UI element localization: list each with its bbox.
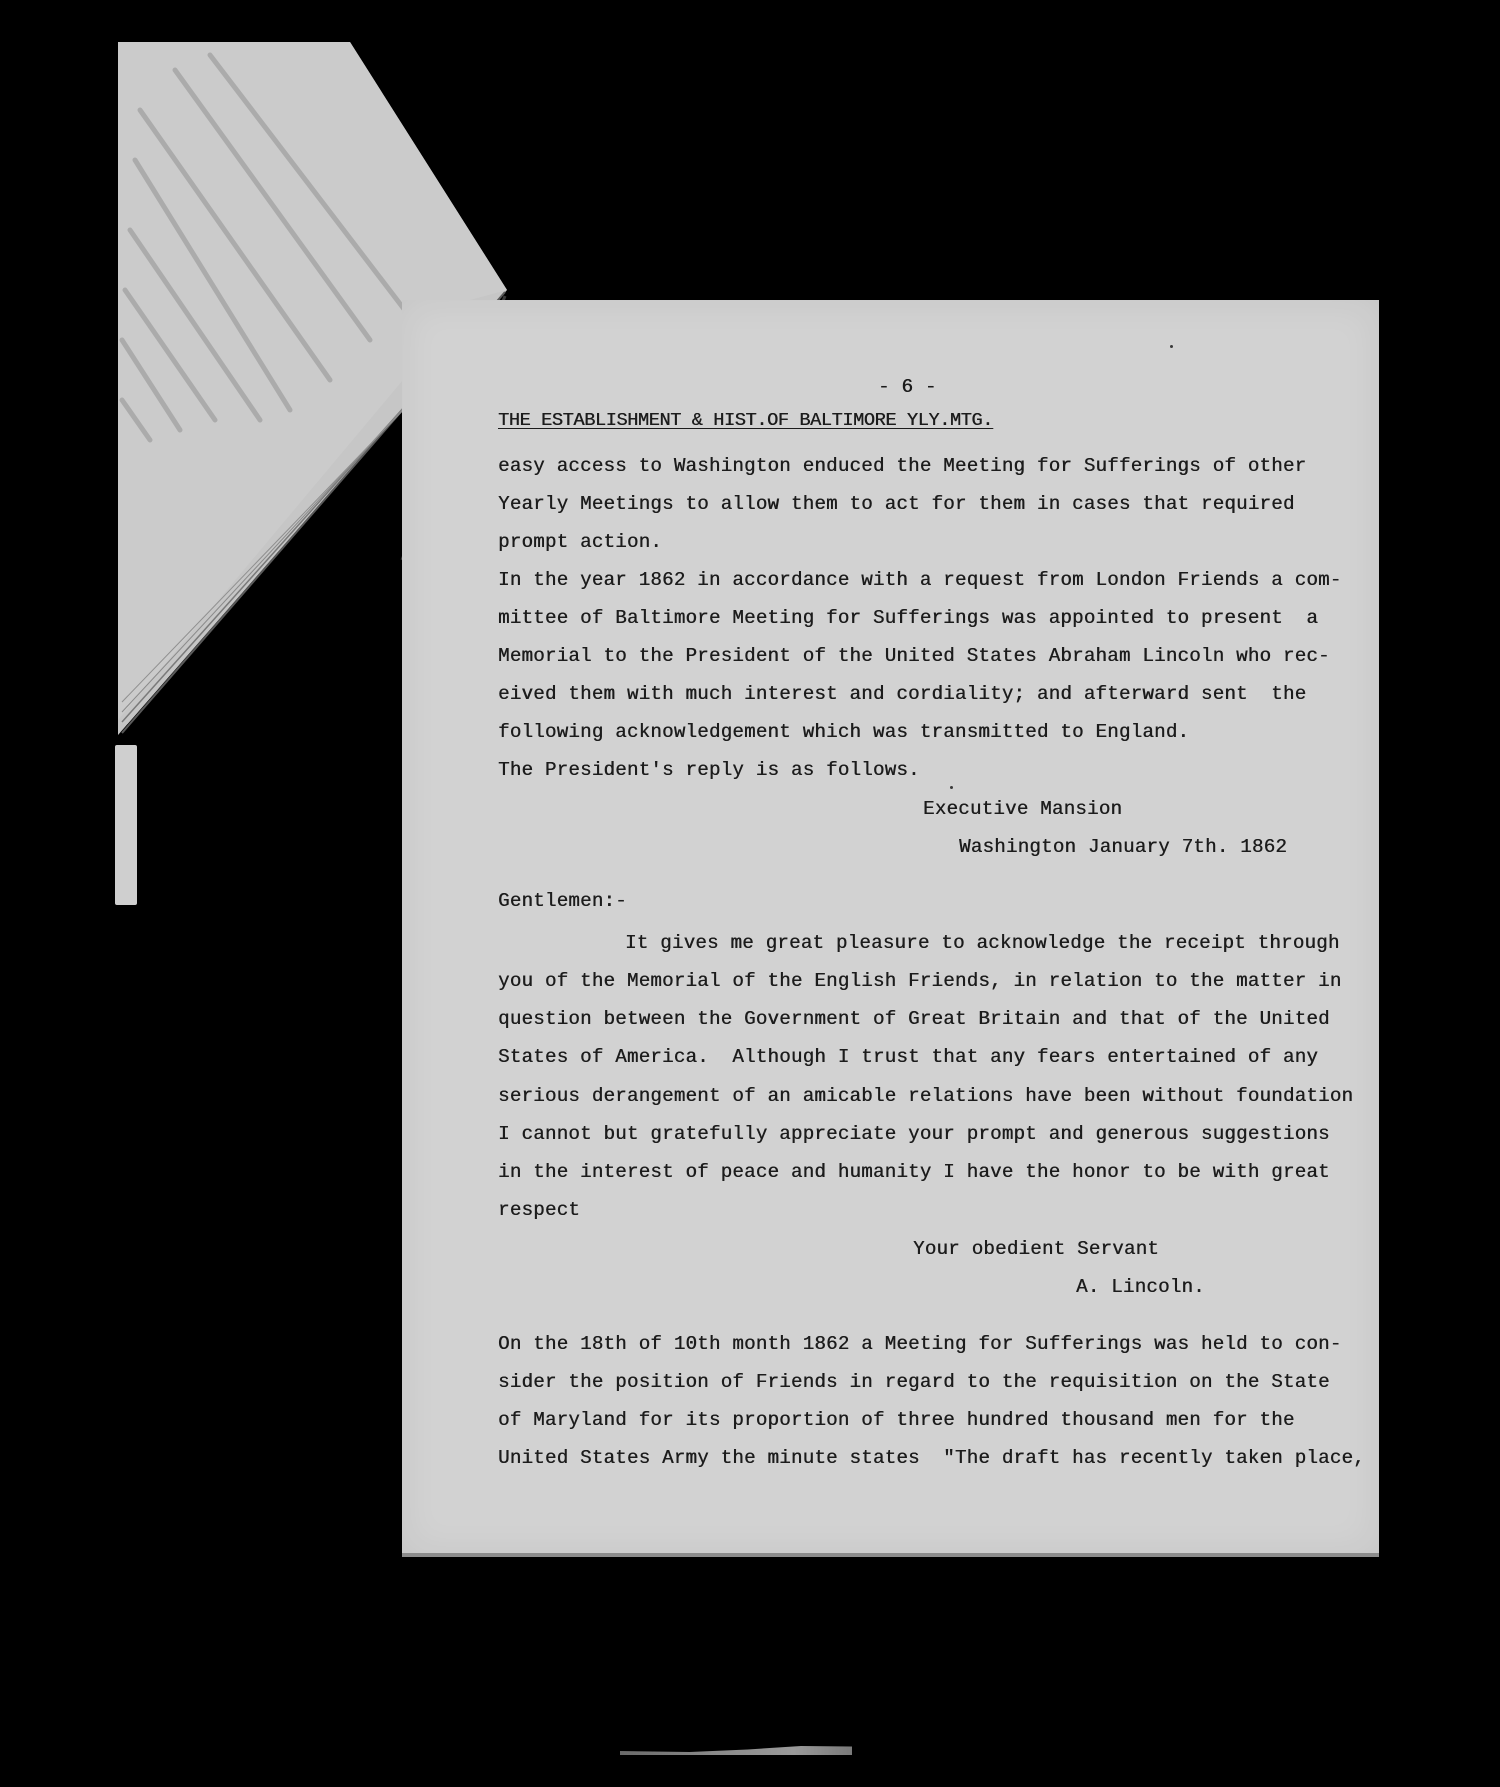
letter-body-line: I cannot but gratefully appreciate your … (498, 1123, 1330, 1145)
paragraph-line: Yearly Meetings to allow them to act for… (498, 493, 1295, 515)
letter-body-line: you of the Memorial of the English Frien… (498, 970, 1341, 992)
paragraph-line: United States Army the minute states "Th… (498, 1447, 1365, 1469)
letter-body-line: It gives me great pleasure to acknowledg… (625, 932, 1340, 954)
paragraph-line: Memorial to the President of the United … (498, 645, 1330, 667)
paragraph-line: easy access to Washington enduced the Me… (498, 455, 1306, 477)
letter-signature: A. Lincoln. (1076, 1276, 1205, 1298)
paragraph-line: prompt action. (498, 531, 662, 553)
document-heading: THE ESTABLISHMENT & HIST.OF BALTIMORE YL… (498, 410, 993, 432)
letter-body-line: respect (498, 1199, 580, 1221)
paragraph-line: In the year 1862 in accordance with a re… (498, 569, 1341, 591)
letter-salutation: Gentlemen:- (498, 890, 627, 912)
paragraph-line: On the 18th of 10th month 1862 a Meeting… (498, 1333, 1341, 1355)
page-number: - 6 - (878, 376, 937, 398)
letter-closing: Your obedient Servant (913, 1238, 1159, 1260)
paragraph-line: following acknowledgement which was tran… (498, 721, 1189, 743)
letter-address-date: Washington January 7th. 1862 (959, 836, 1287, 858)
paragraph-line: eived them with much interest and cordia… (498, 683, 1306, 705)
paragraph-line: of Maryland for its proportion of three … (498, 1409, 1295, 1431)
letter-body-line: States of America. Although I trust that… (498, 1046, 1318, 1068)
paragraph-line: mittee of Baltimore Meeting for Sufferin… (498, 607, 1318, 629)
letter-body-line: question between the Government of Great… (498, 1008, 1330, 1030)
paragraph-line: The President's reply is as follows. (498, 759, 920, 781)
letter-address-line: Executive Mansion (923, 798, 1122, 820)
letter-body-line: in the interest of peace and humanity I … (498, 1161, 1330, 1183)
letter-body-line: serious derangement of an amicable relat… (498, 1085, 1353, 1107)
typed-text: - 6 - THE ESTABLISHMENT & HIST.OF BALTIM… (0, 0, 1500, 1787)
paragraph-line: sider the position of Friends in regard … (498, 1371, 1330, 1393)
